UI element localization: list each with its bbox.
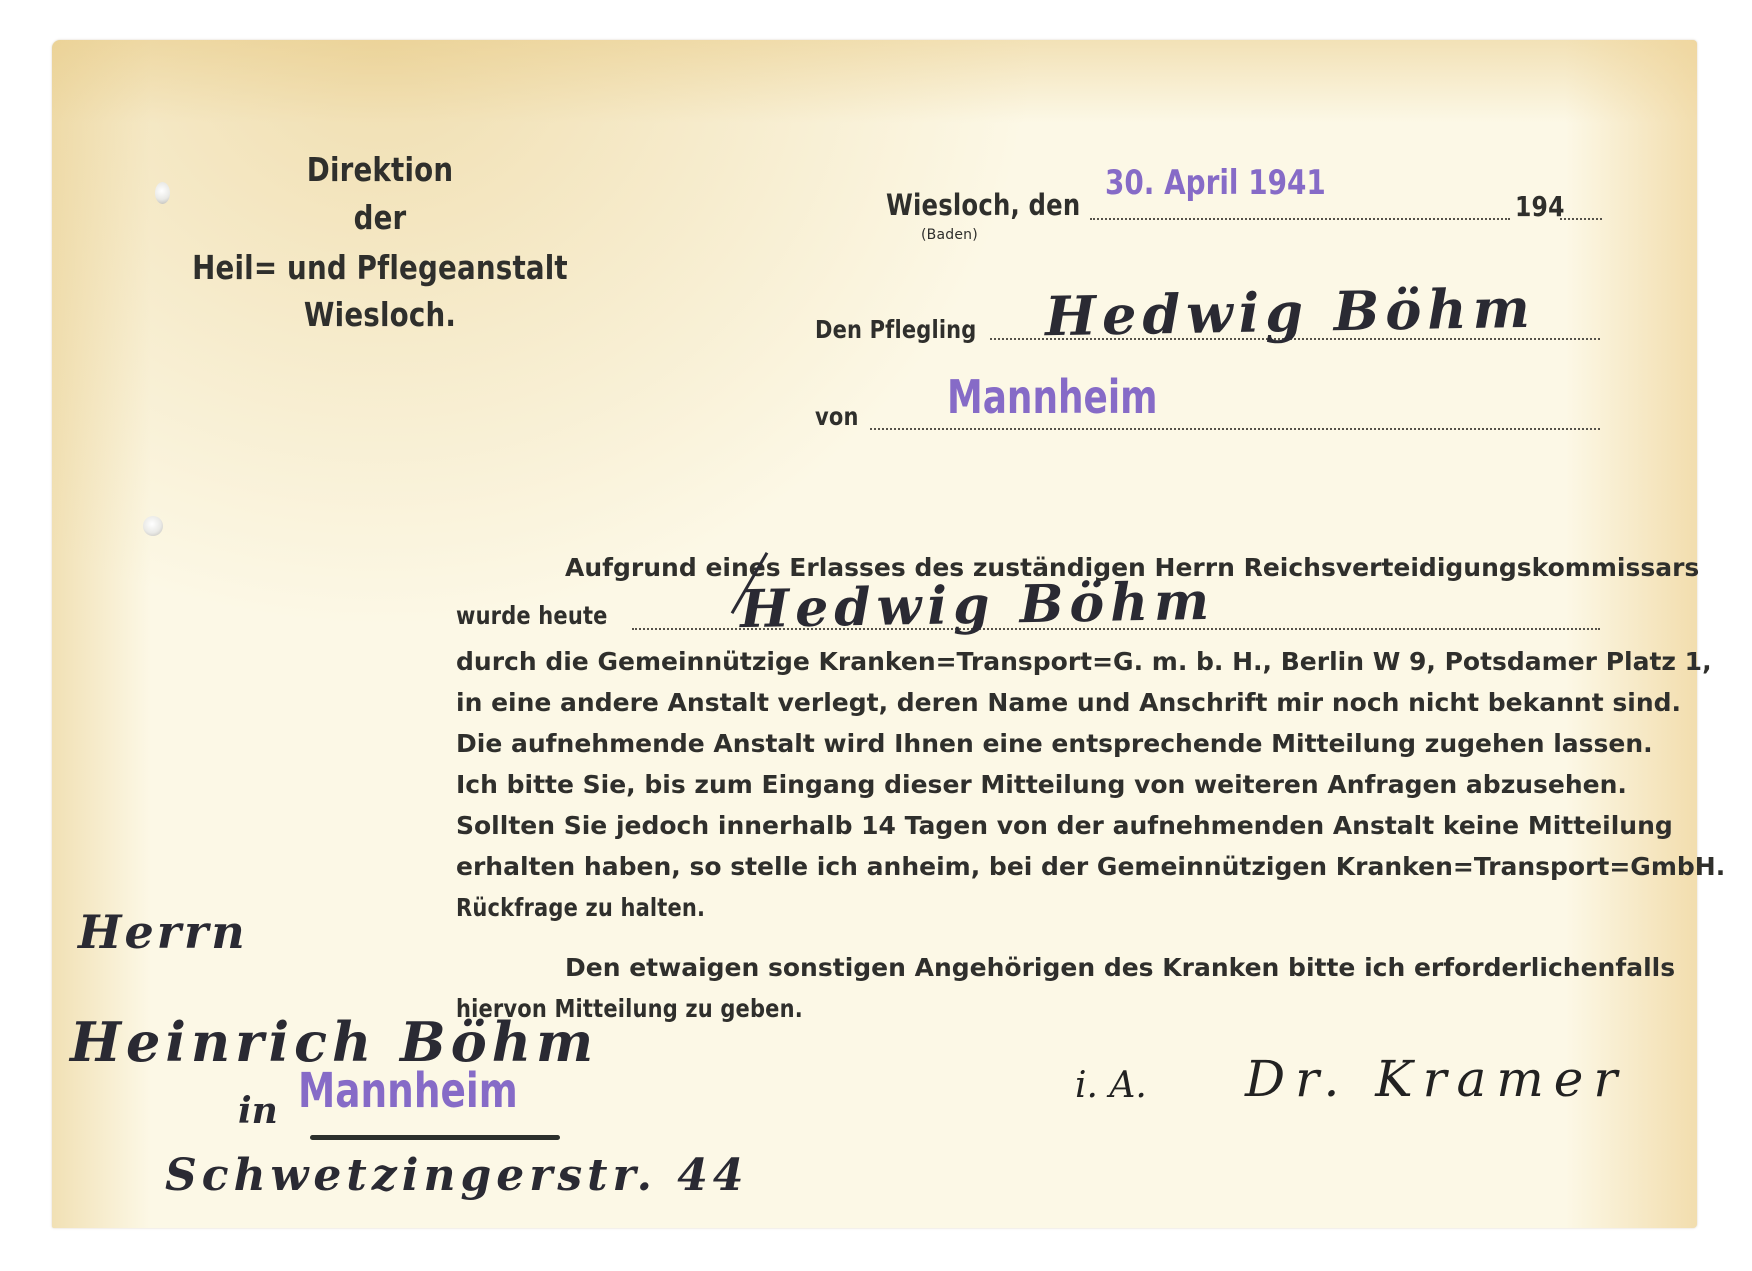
body-line-6: Ich bitte Sie, bis zum Eingang dieser Mi… [456,770,1600,799]
body-line-10: Den etwaigen sonstigen Angehörigen des K… [565,953,1600,982]
date-stamp: 30. April 1941 [1105,163,1326,203]
signature-name-handwritten: Dr. Kramer [1245,1050,1627,1108]
letterhead-line-3: Heil= und Pflegeanstalt [162,248,599,287]
letterhead-line-2: der [162,198,599,237]
body-line-3: durch die Gemeinnützige Kranken=Transpor… [456,647,1600,676]
signature-prefix: i. A. [1075,1065,1147,1106]
dateline-year-prefix: 194 [1515,190,1565,223]
recipient-salutation-handwritten: Herrn [78,905,248,959]
patient-name-handwritten: Hedwig Böhm [1044,276,1536,349]
dateline-year-dotted [1560,218,1602,220]
patient-from-label: von [815,402,859,431]
letterhead-line-4: Wiesloch. [162,295,599,334]
body-line-8: erhalten haben, so stelle ich anheim, be… [456,852,1600,881]
letterhead-line-1: Direktion [162,150,599,189]
patient-from-dotted-line [870,428,1600,430]
patient-from-stamp: Mannheim [947,370,1158,424]
body-line-2: wurde heute [456,601,608,630]
punch-hole-bottom [143,516,163,536]
body-line-4: in eine andere Anstalt verlegt, deren Na… [456,688,1600,717]
body-line-5: Die aufnehmende Anstalt wird Ihnen eine … [456,729,1600,758]
body-inline-name-handwritten: Hedwig Böhm [740,571,1216,640]
recipient-in-handwritten: in [238,1090,278,1132]
body-line-7: Sollten Sie jedoch innerhalb 14 Tagen vo… [456,811,1600,840]
recipient-underline [310,1135,560,1140]
recipient-street-handwritten: Schwetzingerstr. 44 [165,1150,749,1201]
body-line-9: Rückfrage zu halten. [456,893,705,922]
recipient-city-stamp: Mannheim [298,1063,518,1119]
dateline-place-sub: (Baden) [921,227,978,243]
dateline-place: Wiesloch, den [886,188,1080,222]
patient-label: Den Pflegling [815,315,977,344]
dateline-dotted-line [1090,218,1510,220]
